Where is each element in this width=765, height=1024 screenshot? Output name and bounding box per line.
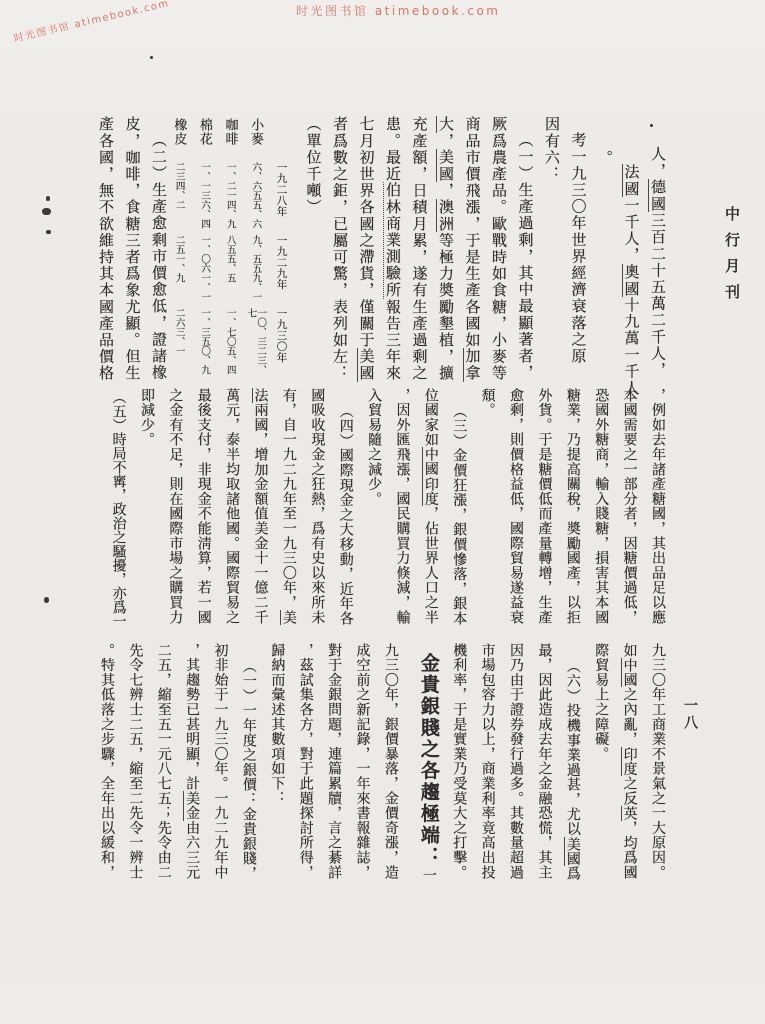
table-value: 二三四、二 <box>174 162 184 235</box>
text-column: 對于金銀問題，連篇累牘，言之綦詳 <box>313 643 341 886</box>
text-run: 位國家如 <box>423 388 439 447</box>
proper-noun-mark: 美國 <box>564 837 581 867</box>
text-column: 之金有不足，則在國際市場之購買力 <box>154 388 182 629</box>
text-column: 。 <box>586 116 613 416</box>
text-run: 如 <box>622 643 638 658</box>
text-column: 成空前之新記錄，一年來書報雜誌， <box>341 643 369 886</box>
text-column: 九三〇年，銀價暴落，金價奇漲，造 <box>369 643 397 886</box>
text-column: 初非始于一九三〇年。一九二九年中 <box>199 643 227 886</box>
overstock-table: 一九二八年一九二九年一九三〇年小麥六、六五五、六九、五五九、一一〇、三二三、七咖… <box>166 116 294 384</box>
proper-noun-mark: 法 <box>252 388 269 403</box>
text-column: 法國一千人，奧國十九萬一千人 <box>612 116 639 430</box>
text-run: 有，自一九二九年至一九三〇年， <box>281 388 297 610</box>
text-column: 。特其低落之步驟，全年出以緩和， <box>86 643 114 886</box>
text-run: 成空前之新記錄，一年來書報雜誌， <box>354 643 370 880</box>
text-run: 由六三元 <box>184 821 200 880</box>
table-year-column: 一九二八年一九二九年一九三〇年 <box>268 118 294 384</box>
table-commodity-label: 橡皮 <box>172 118 185 162</box>
text-run: 本國需要之一部分者，因糖價過低， <box>622 388 638 625</box>
band-bottom: 九三〇年工商業不景氣之一大原因。如中國之內亂，印度之反英，均爲國際貿易上之障礙。… <box>85 643 665 886</box>
text-column: 糖業，乃提高關稅，奬勵國產，以拒 <box>551 388 579 629</box>
table-value: 九、五五九、一 <box>251 235 261 308</box>
text-column: 愈剩，則價格益低，國際貿易遂益衰 <box>495 388 523 629</box>
text-column: （四）國際現金之大移動，近年各 <box>324 388 352 645</box>
text-column: 即減少。 <box>126 388 154 629</box>
text-run: 之反 <box>622 776 638 806</box>
text-run: 機利率，于是實業乃受莫大之打擊。 <box>451 643 467 880</box>
text-column: ，例如去年諸產糖國，其出品足以應 <box>637 388 665 629</box>
text-column: 最後支付，非現金不能淸算，若一國 <box>182 388 210 629</box>
text-run: 先令七辨士二五，縮至二先令一辨士 <box>127 643 143 880</box>
table-year: 一九三〇年 <box>276 308 287 381</box>
text-run: 三百二十五萬二千人， <box>649 212 667 378</box>
text-column: 歸納而彙述其數項如下： <box>256 643 284 886</box>
page-content: 人，德國三百二十五萬二千人，法國一千人，奧國十九萬一千人。考一九三〇年世界經濟衰… <box>85 116 665 886</box>
table-value: 一、〇六一、一 <box>200 235 210 308</box>
text-column: 因乃由于證券發行過多。其數量超過 <box>495 643 523 886</box>
text-run: ，其趨勢已甚明顯，計 <box>184 643 200 791</box>
table-value: 八五五、五 <box>225 235 235 308</box>
page-number: 一八 <box>683 698 697 732</box>
text-run: 最，因此造成去年之金融恐慌，其主 <box>536 643 552 880</box>
text-column: 本國需要之一部分者，因糖價過低， <box>608 388 636 629</box>
proper-noun-mark: 中國 <box>621 658 638 688</box>
text-column: 者爲數之鉅，已屬可驚，表列如左： <box>321 116 348 382</box>
text-run: 兩國，增加金額值美金十一億二千 <box>253 403 269 625</box>
text-column: 位國家如中國印度，佔世界人口之半 <box>409 388 437 629</box>
text-column: （六）投機事業過甚，尤以美國爲 <box>551 643 579 902</box>
text-column: （單位千噸） <box>294 116 321 382</box>
text-run: 二五，縮至五一元八七五；先令由二 <box>156 643 172 880</box>
text-run: 國吸收現金之狂熱，爲有史以來所未 <box>309 388 325 625</box>
text-column: 七月初世界各國之滯貨，僅關于美國 <box>347 116 374 382</box>
text-column: （五）時局不寗，政治之騷擾，亦爲一 <box>97 388 125 631</box>
band-middle: ，例如去年諸產糖國，其出品足以應本國需要之一部分者，因糖價過低，恐國外糖商，輸入… <box>85 388 665 629</box>
text-column: 頹。 <box>466 388 494 629</box>
text-run: 糖業，乃提高關稅，奬勵國產，以拒 <box>565 388 581 625</box>
text-run: 因乃由于證券發行過多。其數量超過 <box>508 643 524 880</box>
text-run: 爲 <box>565 866 581 881</box>
ink-speck <box>46 196 50 201</box>
proper-noun-mark: 美 <box>280 610 297 625</box>
text-column: 萬元，泰半均取諸他國。國際貿易之 <box>211 388 239 629</box>
text-column: 大，美國，澳洲等極力奬勵墾植，擴 <box>427 116 454 382</box>
text-run: （一）一年度之銀價：金貴銀賤， <box>241 659 257 881</box>
text-run: ，例如去年諸產糖國，其出品足以應 <box>650 388 666 625</box>
text-run: 人， <box>649 146 667 179</box>
text-column: 商品市價飛漲，于是生產各國如加拿 <box>453 116 480 382</box>
text-column: 金貴銀賤之各趨極端：一 <box>398 643 438 896</box>
text-run: 九三〇年，銀價暴落，金價奇漲，造 <box>383 643 399 880</box>
ink-speck <box>46 230 51 234</box>
text-run: 九三〇年工商業不景氣之一大原因。 <box>650 643 666 880</box>
text-run: （三）金價狂漲，銀價慘落，銀本 <box>451 404 467 626</box>
text-column: 先令七辨士二五，縮至二先令一辨士 <box>114 643 142 886</box>
table-value: 二六三、一 <box>174 308 184 381</box>
text-column: ，因外匯飛漲，國民購買力倏減，輸 <box>381 388 409 629</box>
text-column: 法兩國，增加金額值美金十一億二千 <box>239 388 267 629</box>
text-run: 歸納而彙述其數項如下： <box>269 643 285 806</box>
band-top: 人，德國三百二十五萬二千人，法國一千人，奧國十九萬一千人。考一九三〇年世界經濟衰… <box>85 116 665 382</box>
text-column: 二五，縮至五一元八七五；先令由二 <box>142 643 170 886</box>
text-column: 九三〇年工商業不景氣之一大原因。 <box>637 643 665 886</box>
text-run: ，因外匯飛漲，國民購買力倏減，輸 <box>394 388 410 625</box>
text-column: 入貿易隨之減少。 <box>353 388 381 629</box>
proper-noun-mark: 美金 <box>183 791 200 821</box>
table-value: 六、六五五、六 <box>251 162 261 235</box>
text-column: 國吸收現金之狂熱，爲有史以來所未 <box>296 388 324 629</box>
text-column: （二）生產愈剩市價愈低，證諸橡 <box>140 116 167 398</box>
text-run: ，佔世界人口之半 <box>423 506 439 624</box>
table-value: 一、三五〇、九 <box>200 308 210 381</box>
table-commodity-column: 棉花一、一三六、四一、〇六一、一一、三五〇、九 <box>192 118 218 384</box>
text-run: 入貿易隨之減少。 <box>366 388 382 506</box>
ink-speck <box>42 208 51 215</box>
text-run: ，茲試集各方，對于此題探討所得， <box>298 643 314 880</box>
ink-speck <box>150 56 153 59</box>
text-column: 際貿易上之障礙。 <box>580 643 608 886</box>
text-run: 之金有不足，則在國際市場之購買力 <box>167 388 183 625</box>
text-run: 萬元，泰半均取諸他國。國際貿易之 <box>224 388 240 625</box>
scanned-page: 时光图书馆 atimebook.com 时光图书馆 atimebook.com … <box>0 0 765 1024</box>
text-column: 外貨。于是糖價低而產量轉增，生產 <box>523 388 551 629</box>
text-run: 外貨。于是糖價低而產量轉增，生產 <box>536 388 552 625</box>
text-column: 如中國之內亂，印度之反英，均爲國 <box>608 643 636 886</box>
table-commodity-label: 棉花 <box>198 118 211 162</box>
text-column: 因有六： <box>533 116 560 382</box>
table-value: 一、一三六、四 <box>200 162 210 235</box>
text-run: 愈剩，則價格益低，國際貿易遂益衰 <box>508 388 524 625</box>
text-column: 有，自一九二九年至一九三〇年，美 <box>268 388 296 629</box>
table-commodity-label: 小麥 <box>249 118 262 162</box>
text-run: 之內亂， <box>622 687 638 746</box>
text-column: 產各國，無不欲維持其本國產品價格 <box>87 116 114 382</box>
table-year: 一九二九年 <box>276 235 287 308</box>
proper-noun-mark: 印度 <box>621 747 638 777</box>
text-run: （四）國際現金之大移動，近年各 <box>338 404 354 626</box>
table-commodity-label: 咖啡 <box>224 118 237 162</box>
text-column: 考一九三〇年世界經濟衰落之原 <box>559 116 586 398</box>
text-run: （五）時局不寗，政治之騷擾，亦爲一 <box>111 390 127 628</box>
text-column: 充產額，日積月累，遂有生產過剩之 <box>400 116 427 382</box>
text-run: 市場包容力以上，商業利率竟高出投 <box>480 643 496 880</box>
proper-noun-mark: 印度 <box>422 477 439 507</box>
watermark-top: 时光图书馆 atimebook.com <box>296 2 500 19</box>
table-value: 一、七〇五、四 <box>225 308 235 381</box>
text-column: ，其趨勢已甚明顯，計美金由六三元 <box>171 643 199 886</box>
table-value: 一〇、三二三、七 <box>246 308 265 381</box>
text-column: （三）金價狂漲，銀價慘落，銀本 <box>438 388 466 645</box>
ink-speck <box>650 124 653 127</box>
text-column: 恐國外糖商，輸入賤糖，損害其本國 <box>580 388 608 629</box>
journal-title: 中行月刊 <box>724 206 739 310</box>
text-column: （一）生產過剩，其中最顯著者， <box>506 116 533 398</box>
table-commodity-column: 小麥六、六五五、六九、五五九、一一〇、三二三、七 <box>243 118 269 384</box>
table-commodity-column: 咖啡一、二一四、九八五五、五一、七〇五、四 <box>217 118 243 384</box>
text-column: 機利率，于是實業乃受莫大之打擊。 <box>438 643 466 886</box>
text-run: 即減少。 <box>139 388 155 447</box>
table-value: 一、二一四、九 <box>225 162 235 235</box>
table-value: 二五一、九 <box>174 235 184 308</box>
text-column: 最，因此造成去年之金融恐慌，其主 <box>523 643 551 886</box>
text-run: ，均爲國 <box>622 821 638 880</box>
text-run: （六）投機事業過甚，尤以 <box>565 659 581 837</box>
text-run: 際貿易上之障礙。 <box>593 643 609 761</box>
text-column: 厥爲農產品。歐戰時如食糖，小麥等 <box>480 116 507 382</box>
text-column: 皮，咖啡，食糖三者爲象尤顯。但生 <box>113 116 140 382</box>
text-column: ，茲試集各方，對于此題探討所得， <box>284 643 312 886</box>
table-commodity-column: 橡皮二三四、二二五一、九二六三、一 <box>166 118 192 384</box>
text-run: 對于金銀問題，連篇累牘，言之綦詳 <box>326 643 342 880</box>
text-run: 金貴銀賤之各趨極端： <box>418 653 440 868</box>
watermark-diagonal: 时光图书馆 atimebook.com <box>12 0 171 45</box>
proper-noun-mark: 中國 <box>422 447 439 477</box>
text-run: 。特其低落之步驟，全年出以緩和， <box>99 643 115 880</box>
text-run: 初非始于一九三〇年。一九二九年中 <box>213 643 229 880</box>
proper-noun-mark: 英 <box>621 806 638 821</box>
text-column: 患。最近伯林商業測驗所報告三年來 <box>374 116 401 382</box>
text-column: 人，德國三百二十五萬二千人， <box>639 116 666 412</box>
text-column: （一）一年度之銀價：金貴銀賤， <box>228 643 256 902</box>
table-year: 一九二八年 <box>276 162 287 235</box>
text-run: 最後支付，非現金不能淸算，若一國 <box>196 388 212 625</box>
text-column: 市場包容力以上，商業利率竟高出投 <box>466 643 494 886</box>
text-run: 一 <box>421 868 437 883</box>
text-run: 頹。 <box>480 388 496 418</box>
ink-speck <box>44 597 49 603</box>
text-run: 恐國外糖商，輸入賤糖，損害其本國 <box>593 388 609 625</box>
proper-noun-mark: 德國 <box>648 179 667 212</box>
